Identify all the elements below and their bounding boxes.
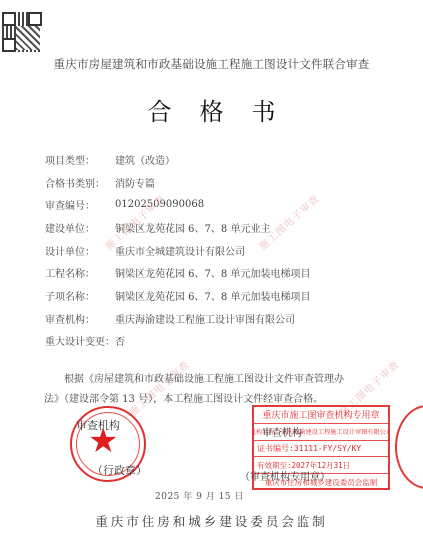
field-label: 建设单位： (45, 220, 115, 235)
field-subproject-name: 子项名称：铜梁区龙苑花园 6、7、8 单元加装电梯项目 (45, 284, 310, 307)
seal-overlay-bottom: （审查机构专用章） (240, 468, 330, 483)
field-value: 重庆海渝建设工程施工设计审图有限公司 (115, 311, 295, 326)
info-fields: 项目类型：建筑（改造） 合格书类别：消防专篇 审查编号：012025090900… (45, 148, 310, 352)
field-label: 子项名称： (45, 288, 115, 303)
field-major-design-change: 重大设计变更：否 (45, 330, 310, 353)
footer-issuer: 重庆市住房和城乡建设委员会监制 (0, 512, 423, 530)
field-project-type: 项目类型：建筑（改造） (45, 148, 310, 171)
qr-code-icon (2, 12, 42, 52)
field-label: 审查机构： (45, 311, 115, 326)
field-certificate-category: 合格书类别：消防专篇 (45, 171, 310, 194)
field-project-name: 工程名称：铜梁区龙苑花园 6、7、8 单元加装电梯项目 (45, 261, 310, 284)
field-value: 消防专篇 (115, 175, 155, 190)
page-title: 合格书 (0, 92, 423, 127)
seal-row: 重庆市施工图审查机构专用章 (254, 407, 388, 424)
field-value: 铜梁区龙苑花园 6、7、8 单元加装电梯项目 (115, 288, 310, 303)
document-subtitle: 重庆市房屋建筑和市政基础设施工程施工图设计文件联合审查 (0, 56, 423, 72)
field-label: 工程名称： (45, 265, 115, 280)
partial-round-seal (395, 405, 423, 489)
seal-label-top: 审查机构 (76, 417, 120, 433)
approval-statement: 根据《房屋建筑和市政基础设施工程施工图设计文件审查管理办 法》（建设部令第 13… (44, 370, 374, 410)
field-review-number: 审查编号：01202509090068 (45, 193, 310, 216)
field-label: 重大设计变更： (45, 333, 115, 348)
field-label: 审查编号： (45, 197, 115, 212)
field-review-agency: 审查机构：重庆海渝建设工程施工设计审图有限公司 (45, 307, 310, 330)
issue-date: 2025 年 9 月 15 日 (155, 489, 244, 502)
field-value: 重庆市全城建筑设计有限公司 (115, 243, 245, 258)
statement-line-1: 根据《房屋建筑和市政基础设施工程施工图设计文件审查管理办 (44, 370, 374, 390)
field-label: 项目类型： (45, 152, 115, 167)
field-value: 否 (115, 333, 125, 348)
field-value: 建筑（改造） (115, 152, 175, 167)
field-label: 合格书类别： (45, 175, 115, 190)
seal-row: 证书编号:31111-FY/SY/KY (254, 441, 388, 458)
seal-overlay-top: 审查机构 (262, 424, 302, 439)
field-value: 铜梁区龙苑花园 6、7、8 单元加装电梯项目 (115, 265, 310, 280)
seal-label-bottom: （行政章） (92, 462, 147, 478)
